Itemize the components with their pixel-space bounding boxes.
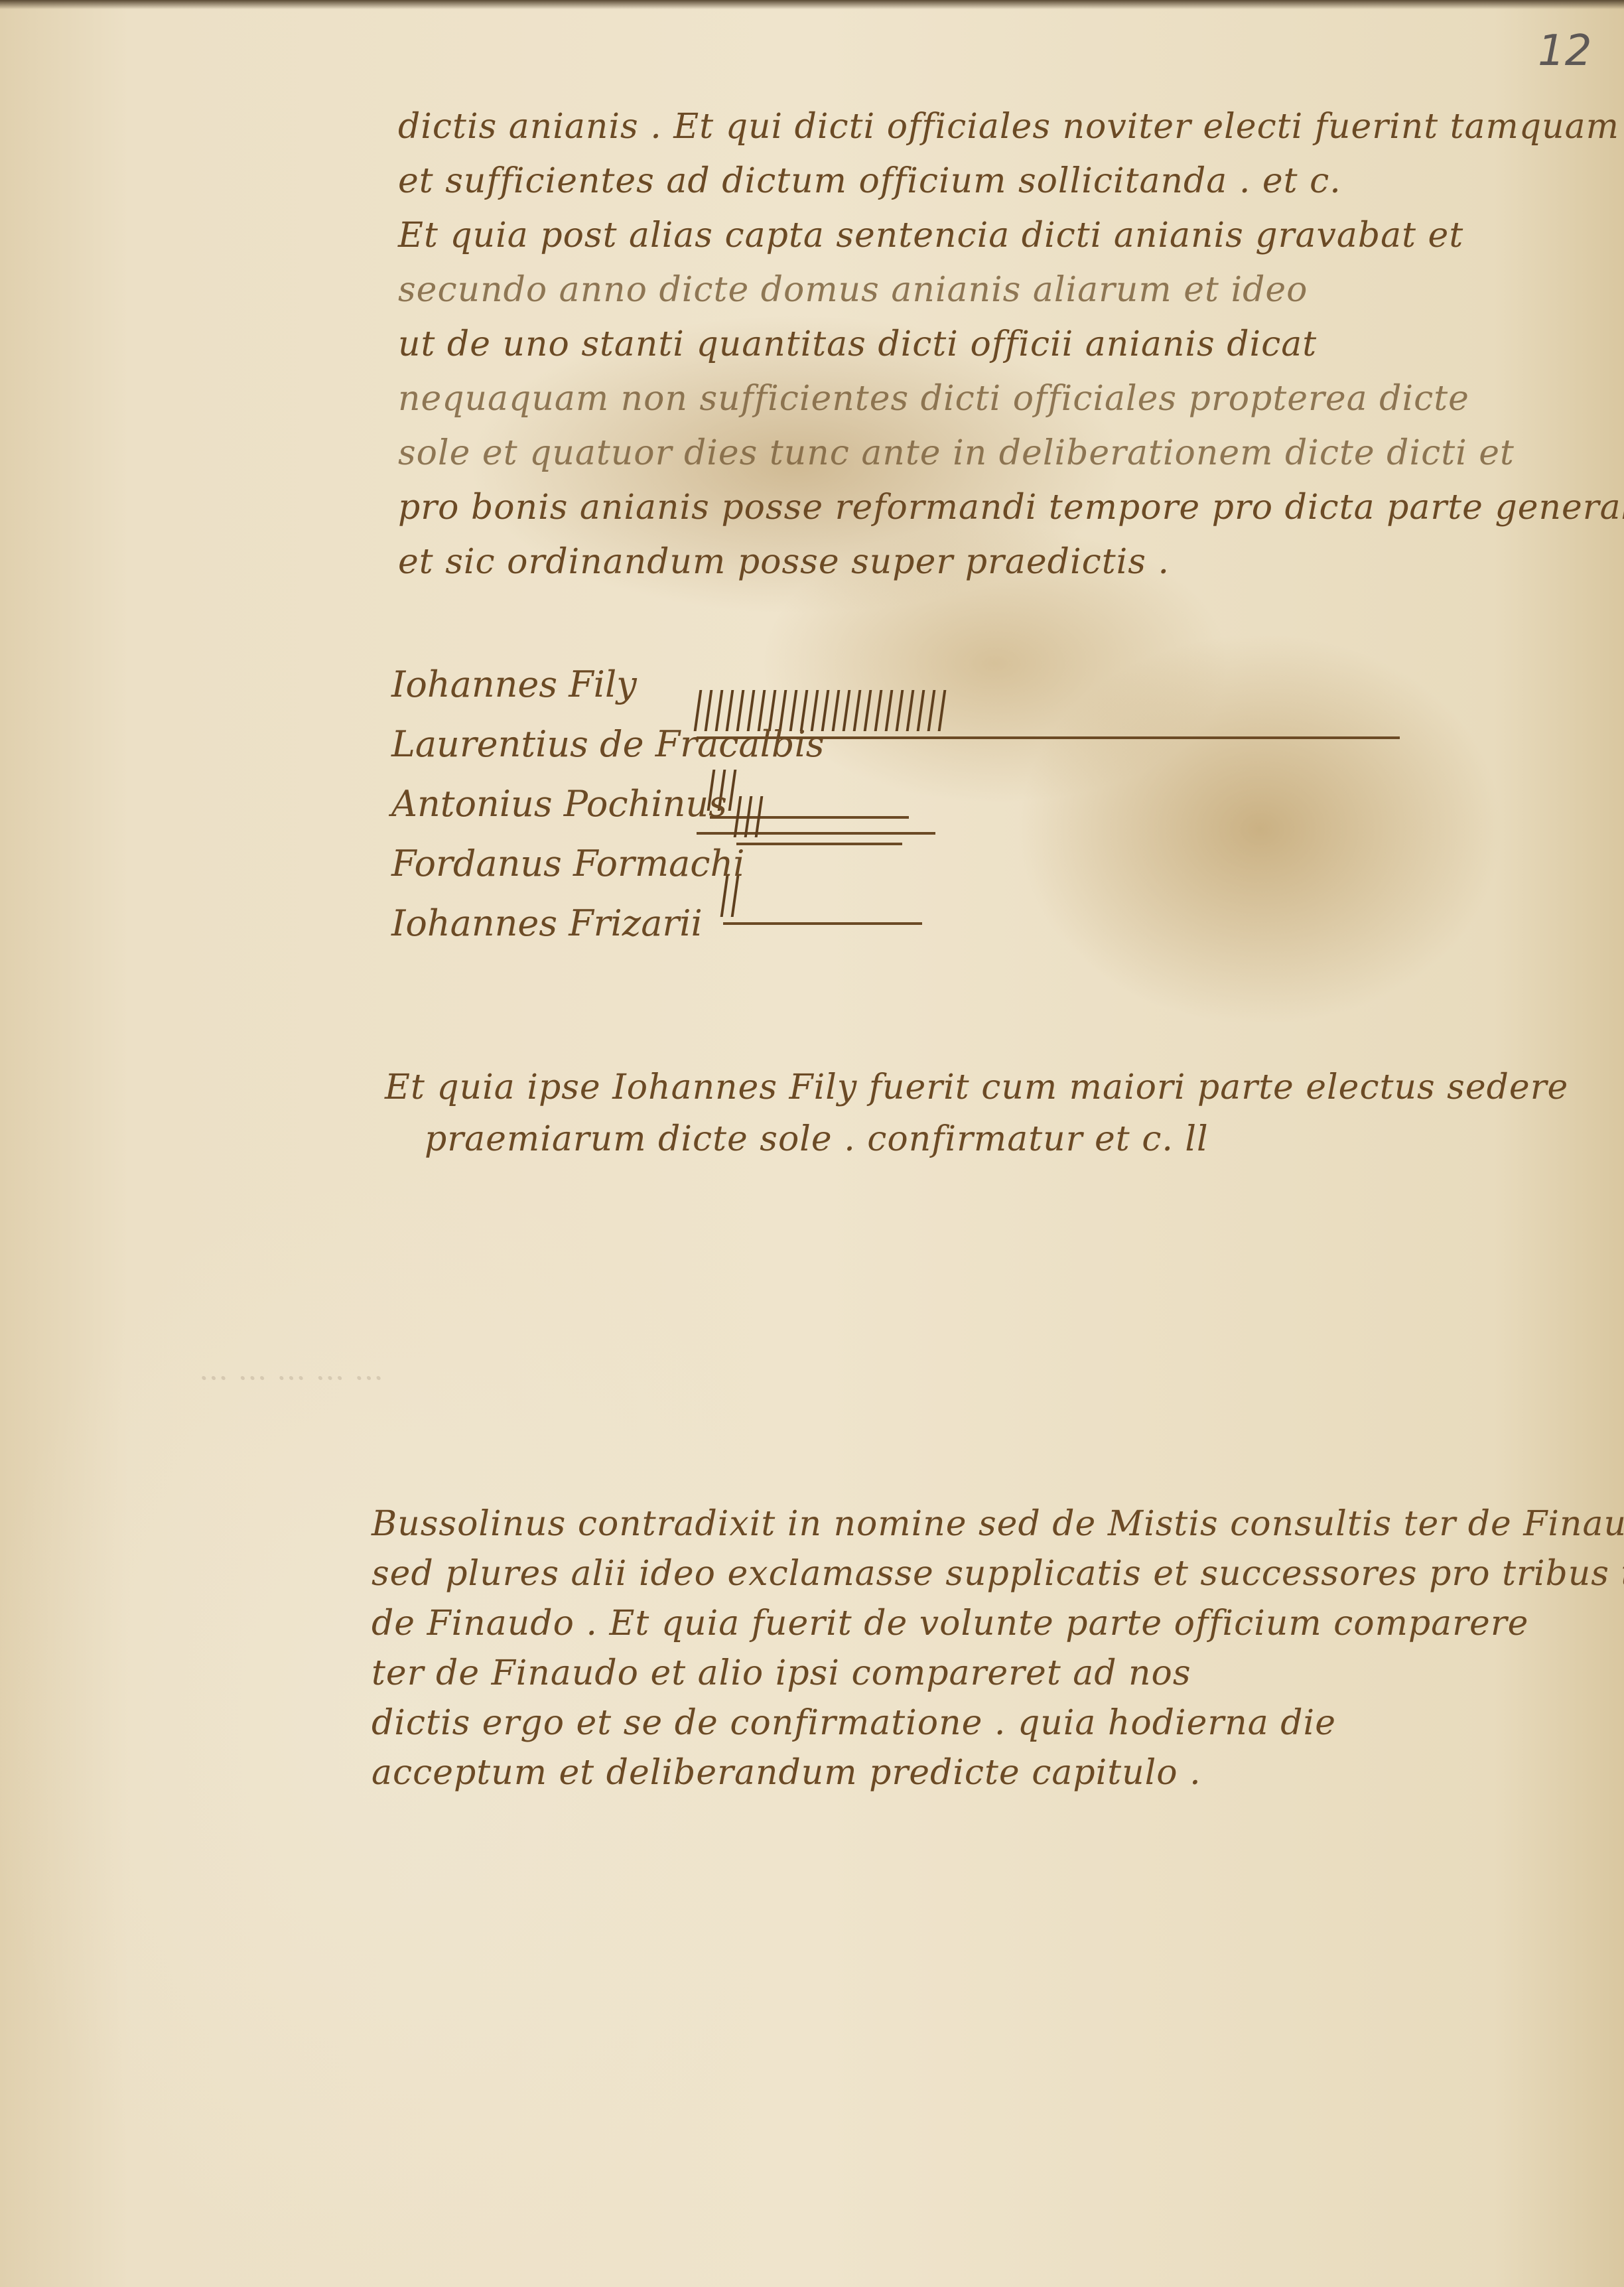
tally-row: Fordanus Formachi — [391, 843, 745, 896]
candidate-name: Iohannes Fily — [391, 663, 637, 705]
tally-row: Laurentius de Fracalbis — [391, 723, 824, 776]
text-line: praemiarum dicte sole . confirmatur et c… — [385, 1113, 1568, 1165]
text-line: ut de uno stanti quantitas dicti officii… — [398, 317, 1624, 372]
show-through-text: ··· ··· ··· ··· ··· — [199, 1360, 383, 1396]
tally-marks — [723, 876, 922, 925]
paragraph-2: Et quia ipse Iohannes Fily fuerit cum ma… — [385, 1062, 1568, 1165]
tally-marks — [736, 796, 902, 845]
folio-number: 12 — [1538, 27, 1591, 76]
text-line: Et quia post alias capta sentencia dicti… — [398, 208, 1624, 263]
text-line: Et quia ipse Iohannes Fily fuerit cum ma… — [385, 1062, 1568, 1113]
text-line: et sic ordinandum posse super praedictis… — [398, 535, 1624, 589]
text-line: acceptum et deliberandum predicte capitu… — [372, 1748, 1624, 1798]
text-line: nequaquam non sufficientes dicti officia… — [398, 372, 1624, 426]
text-line: dictis ergo et se de confirmatione . qui… — [372, 1698, 1624, 1748]
text-line: sole et quatuor dies tunc ante in delibe… — [398, 426, 1624, 480]
text-line: secundo anno dicte domus anianis aliarum… — [398, 263, 1624, 317]
text-line: dictis anianis . Et qui dicti officiales… — [398, 100, 1624, 154]
text-line: Bussolinus contradixit in nomine sed de … — [372, 1499, 1624, 1549]
tally-row: Iohannes Fily — [391, 663, 637, 717]
candidate-name: Laurentius de Fracalbis — [391, 723, 824, 765]
paragraph-1: dictis anianis . Et qui dicti officiales… — [398, 100, 1624, 589]
page-top-edge — [0, 0, 1624, 9]
text-line: pro bonis anianis posse reformandi tempo… — [398, 480, 1624, 535]
text-line: ter de Finaudo et alio ipsi compareret a… — [372, 1649, 1624, 1698]
manuscript-page: ··· ··· ··· ··· ··· 12 dictis anianis . … — [0, 0, 1624, 2287]
tally-row: Iohannes Frizarii — [391, 902, 703, 955]
candidate-name: Iohannes Frizarii — [391, 902, 703, 944]
candidate-name: Antonius Pochinus — [391, 783, 727, 825]
tally-row: Antonius Pochinus — [391, 783, 727, 836]
text-line: de Finaudo . Et quia fuerit de volunte p… — [372, 1599, 1624, 1649]
candidate-name: Fordanus Formachi — [391, 843, 745, 884]
paragraph-3: Bussolinus contradixit in nomine sed de … — [372, 1499, 1624, 1798]
text-line: sed plures alii ideo exclamasse supplica… — [372, 1549, 1624, 1599]
text-line: et sufficientes ad dictum officium solli… — [398, 154, 1624, 208]
